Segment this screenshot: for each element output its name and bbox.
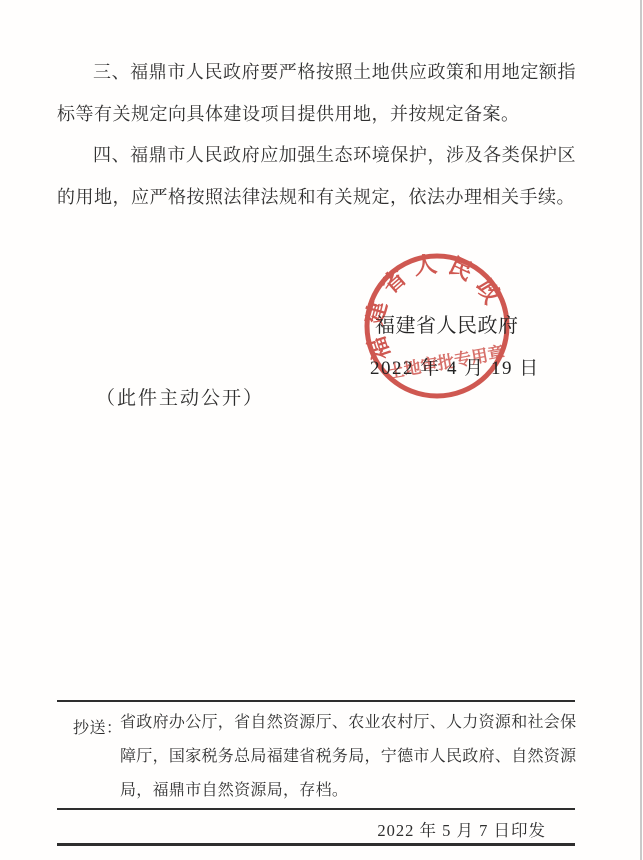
signature-issuer: 福建省人民政府 bbox=[375, 309, 519, 338]
paragraph-item-4: 四、福鼎市人民政府应加强生态环境保护，涉及各类保护区的用地，应严格按照法律法规和… bbox=[57, 135, 576, 218]
document-body: 三、福鼎市人民政府要严格按照土地供应政策和用地定额指标等有关规定向具体建设项目提… bbox=[57, 52, 576, 218]
disclosure-note: （此件主动公开） bbox=[96, 383, 264, 410]
cc-list: 省政府办公厅，省自然资源厅、农业农村厅、人力资源和社会保 障厅，国家税务总局福建… bbox=[120, 706, 580, 808]
paragraph-item-3: 三、福鼎市人民政府要严格按照土地供应政策和用地定额指标等有关规定向具体建设项目提… bbox=[57, 52, 576, 135]
cc-line: 省政府办公厅，省自然资源厅、农业农村厅、人力资源和社会保 bbox=[120, 706, 580, 740]
footer-top-rule bbox=[57, 700, 575, 702]
document-page: 三、福鼎市人民政府要严格按照土地供应政策和用地定额指标等有关规定向具体建设项目提… bbox=[0, 0, 643, 860]
footer-bottom-rule bbox=[57, 843, 575, 846]
print-date: 2022 年 5 月 7 日印发 bbox=[377, 817, 546, 841]
signature-date: 2022 年 4 月 19 日 bbox=[370, 353, 540, 380]
scan-edge-artifact bbox=[640, 0, 642, 860]
footer-middle-rule bbox=[57, 808, 575, 810]
cc-label: 抄送： bbox=[73, 715, 123, 738]
cc-line: 障厅，国家税务总局福建省税务局，宁德市人民政府、自然资源 bbox=[120, 740, 580, 774]
cc-line: 局，福鼎市自然资源局，存档。 bbox=[120, 774, 580, 808]
